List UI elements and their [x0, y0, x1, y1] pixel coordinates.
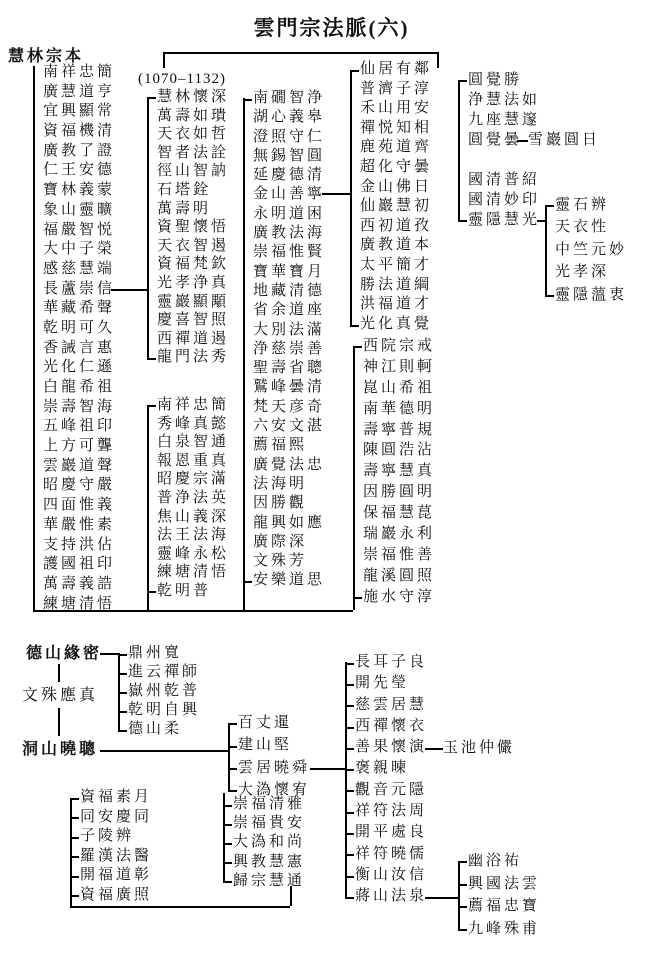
bracket-line	[33, 66, 35, 610]
lineage-node-label: 大別法滿	[253, 322, 325, 338]
lineage-node-label: 靈峰永松	[157, 546, 229, 562]
lineage-node: 觀音元隱	[345, 780, 427, 801]
lineage-node: 資福廣照	[70, 886, 152, 906]
lineage-node-label: 幽浴祐	[468, 853, 522, 869]
lineage-node: 崇壽智海	[33, 398, 115, 418]
lineage-node: 薦福熙	[243, 436, 325, 455]
stem-line-changlu	[111, 289, 147, 291]
lineage-node-label: 昭慶宗滿	[157, 471, 229, 487]
lineage-node-label: 慈雲居慧	[355, 697, 427, 713]
lineage-node-label: 永明道困	[253, 206, 325, 222]
lineage-node: 仙巖慧初	[350, 197, 432, 217]
bracket-line	[228, 723, 230, 790]
node-xueyan-yuanri: 雪巖圓日	[528, 130, 600, 150]
lineage-node: 智者法詮	[147, 144, 229, 163]
lineage-node: 西禪懷衣	[345, 716, 427, 737]
date-label: (1070–1132)	[138, 71, 226, 88]
bracket-line	[458, 80, 460, 220]
lineage-node-label: 萬壽義誥	[43, 576, 115, 592]
lineage-node: 昭慶守嚴	[33, 476, 115, 496]
lineage-node-label: 報恩重真	[157, 453, 229, 469]
lineage-node: 仙居有鄰	[350, 60, 432, 80]
lineage-node-label: 開福道彰	[80, 867, 152, 883]
lineage-node-label: 資福廣照	[80, 887, 152, 903]
lineage-node-label: 徑山智訥	[157, 163, 229, 179]
lineage-node: 龍溪圓照	[353, 566, 435, 587]
lineage-node-label: 長耳子良	[355, 654, 427, 670]
lineage-node: 光孝深	[545, 261, 627, 283]
lineage-node-label: 廣教了證	[43, 143, 115, 159]
lineage-node: 金山善寧	[243, 185, 325, 204]
lineage-node-label: 崇福惟賢	[253, 244, 325, 260]
lineage-node-label: 南祥忠簡	[43, 64, 115, 80]
lineage-node-label: 萬壽明	[157, 201, 211, 217]
lineage-node-label: 施水守淳	[363, 589, 435, 605]
lineage-node: 浄慈崇善	[243, 340, 325, 359]
lineage-chart-page: 雲門宗法脈(六) 慧林宗本 (1070–1132) 南祥忠簡廣慧道亨宜興顯常資福…	[0, 0, 663, 957]
lineage-node: 資福素月	[70, 788, 152, 808]
lineage-node: 永明道困	[243, 205, 325, 224]
lineage-node-label: 靈隱薀衷	[555, 287, 627, 303]
lineage-node-label: 建山堅	[238, 737, 292, 753]
group-huilin-disciples: 南祥忠簡廣慧道亨宜興顯常資福機清廣教了證仁王安德寶林義蒙象山靈曠福嚴智悦大中子榮…	[33, 63, 115, 614]
lineage-node-label: 國清普紹	[468, 172, 540, 188]
page-title: 雲門宗法脈(六)	[0, 12, 663, 42]
lineage-node: 洪福道才	[350, 295, 432, 315]
lineage-node-label: 香誡言惠	[43, 340, 115, 356]
lineage-node: 慈雲居慧	[345, 695, 427, 716]
lineage-node: 陳圓浩沾	[353, 440, 435, 461]
lineage-node: 護國祖印	[33, 555, 115, 575]
stem-line-jinshan	[322, 193, 350, 195]
lineage-node-label: 湖心義皋	[253, 109, 325, 125]
lineage-node-label: 大溈和尚	[233, 834, 305, 850]
lineage-node-label: 薦福熙	[253, 437, 307, 453]
lineage-node: 壽寧慧真	[353, 461, 435, 482]
lineage-node-label: 西院宗戒	[363, 338, 435, 354]
lineage-node-label: 昭慶守嚴	[43, 477, 115, 493]
lineage-node-label: 嶽州乾普	[128, 683, 200, 699]
lineage-node: 廣慧道亨	[33, 83, 115, 103]
lineage-node: 崇福清雅	[223, 795, 305, 814]
lineage-node: 五峰祖印	[33, 417, 115, 437]
lineage-node: 幽浴祐	[458, 850, 540, 873]
lineage-node-label: 西初道孜	[360, 218, 432, 234]
lineage-node: 金山佛日	[350, 178, 432, 198]
lineage-node: 施水守淳	[353, 587, 435, 608]
lineage-node-label: 支持洪佔	[43, 537, 115, 553]
bracket-line	[243, 98, 245, 610]
group-jiangshan-line: 幽浴祐興國法雲薦福忠寶九峰殊甫	[458, 850, 540, 940]
lineage-node-label: 保福慧菎	[363, 505, 435, 521]
lineage-node: 大中子榮	[33, 240, 115, 260]
lineage-node: 白龍希祖	[33, 378, 115, 398]
lineage-node: 保福慧菎	[353, 503, 435, 524]
lineage-node: 白泉智通	[147, 433, 229, 452]
lineage-node: 省余道座	[243, 301, 325, 320]
lineage-node-label: 興國法雲	[468, 876, 540, 892]
lineage-node-label: 壽寧慧真	[363, 463, 435, 479]
lineage-node: 寶林義蒙	[33, 181, 115, 201]
lineage-node: 鼎州寬	[118, 644, 200, 663]
lineage-node-label: 開先瑩	[355, 675, 409, 691]
node-wenshu-yingzhen: 文殊應真	[22, 686, 98, 706]
lineage-node-label: 寶華寶月	[253, 264, 325, 280]
lineage-node: 光化仁遜	[33, 358, 115, 378]
node-deshan-yuanmi: 德山緣密	[26, 644, 102, 664]
lineage-node: 南祥忠簡	[33, 63, 115, 83]
lineage-node: 法海明	[243, 475, 325, 494]
top-connector-line	[437, 52, 439, 68]
lineage-node-label: 雲巖道聲	[43, 458, 115, 474]
lineage-node: 長蘆崇信	[33, 280, 115, 300]
lineage-node: 天衣智遏	[147, 237, 229, 256]
lineage-node-label: 天衣智遏	[157, 238, 229, 254]
lineage-node-label: 無錫智圓	[253, 148, 325, 164]
lineage-node: 禪悦知相	[350, 119, 432, 139]
lineage-node: 興教慧憲	[223, 853, 305, 872]
lineage-node-label: 光孝深	[555, 264, 609, 280]
lineage-node: 大溈和尚	[223, 833, 305, 852]
lineage-node-label: 蔣山法泉	[355, 888, 427, 904]
lineage-node-label: 感慈慧端	[43, 261, 115, 277]
lineage-node-label: 龍門法秀	[157, 349, 229, 365]
sibling-link-line	[58, 664, 60, 682]
lineage-node-label: 練塘清悟	[157, 564, 229, 580]
lineage-node: 廣教道本	[350, 236, 432, 256]
lineage-node-label: 靈巖顯顒	[157, 294, 229, 310]
lineage-node-label: 法王法海	[157, 527, 229, 543]
group-col2-lower: 南祥忠簡秀峰真懿白泉智通報恩重真昭慶宗滿普浄法英焦山義深法王法海靈峰永松練塘清悟…	[147, 396, 229, 601]
lineage-node-label: 華藏希聲	[43, 300, 115, 316]
lineage-node-label: 同安慶同	[80, 809, 152, 825]
lineage-node: 西禪道遏	[147, 330, 229, 349]
lineage-node: 四面惟義	[33, 496, 115, 516]
bracket-line	[350, 70, 352, 325]
lineage-node: 靈石辨	[545, 194, 627, 216]
lineage-node-label: 中竺元妙	[555, 242, 627, 258]
lineage-node-label: 普浄法英	[157, 490, 229, 506]
lineage-node-label: 聖壽省聰	[253, 360, 325, 376]
group-puji-line: 圓覺勝浄慧法如九座慧邃圓覺曇 國清普紹國清妙印靈隱慧光	[458, 70, 540, 230]
lineage-node-label: 南華德明	[363, 401, 435, 417]
lineage-node: 開平處良	[345, 822, 427, 843]
lineage-node: 報恩重真	[147, 452, 229, 471]
group-changlu-line: 慧林懷深萬壽如璝天衣如哲智者法詮徑山智訥石塔銓萬壽明資聖懷悟天衣智遏資福梵欽光孝…	[147, 88, 229, 367]
lineage-node: 靈巖顯顒	[147, 293, 229, 312]
lineage-node: 慧林懷深	[147, 88, 229, 107]
lineage-node-label: 德山柔	[128, 721, 182, 737]
lineage-node-label: 乾明普	[157, 583, 211, 599]
bracket-line	[70, 798, 72, 906]
lineage-node: 鹿苑道齊	[350, 138, 432, 158]
lineage-node-label: 崇福惟善	[363, 547, 435, 563]
lineage-node-label: 鼎州寬	[128, 645, 182, 661]
lineage-node: 普浄法英	[147, 489, 229, 508]
lineage-node-label: 仁王安德	[43, 162, 115, 178]
lineage-node-label: 光化真覺	[360, 316, 432, 332]
lineage-node-label: 興教慧憲	[233, 854, 305, 870]
lineage-node: 廣教法海	[243, 224, 325, 243]
lineage-node: 廣教了證	[33, 142, 115, 162]
bracket-line	[458, 861, 460, 929]
lineage-node-label: 百丈暹	[238, 715, 292, 731]
lineage-node: 仁王安德	[33, 161, 115, 181]
group-deshan-line: 鼎州寬進云禪師嶽州乾普乾明自興德山柔	[118, 644, 200, 739]
lineage-node: 開先瑩	[345, 673, 427, 694]
lineage-node-label: 仙巖慧初	[360, 198, 432, 214]
lineage-node-label: 仙居有鄰	[360, 61, 432, 77]
lineage-node-label: 延慶德清	[253, 167, 325, 183]
lineage-node-label: 神江則軻	[363, 359, 435, 375]
bracket-line	[118, 653, 120, 730]
lineage-node-label: 智者法詮	[157, 145, 229, 161]
lineage-node-label: 金山佛日	[360, 179, 432, 195]
lineage-node: 福嚴智悦	[33, 221, 115, 241]
top-connector-line	[163, 52, 165, 68]
lineage-node-label: 華嚴惟素	[43, 517, 115, 533]
lineage-node-label: 陳圓浩沾	[363, 442, 435, 458]
lineage-node: 象山靈曠	[33, 201, 115, 221]
lineage-node: 乾明普	[147, 582, 229, 601]
lineage-node: 天衣性	[545, 216, 627, 238]
lineage-node-label: 禪悦知相	[360, 120, 432, 136]
lineage-node-label: 靈石辨	[555, 197, 609, 213]
lineage-node: 崑山希祖	[353, 378, 435, 399]
lineage-node-label: 光孝浄真	[157, 275, 229, 291]
bracket-line	[223, 793, 225, 882]
lineage-node-label: 四面惟義	[43, 497, 115, 513]
bracket-line	[147, 405, 149, 610]
bracket-line	[545, 205, 547, 295]
lineage-node-label: 太平簡才	[360, 257, 432, 273]
lineage-node: 圓覺勝	[458, 70, 540, 90]
spacer-row	[458, 150, 540, 170]
lineage-node-label: 金山善寧	[253, 186, 325, 202]
lineage-node: 慶喜智照	[147, 311, 229, 330]
guizong-drop-line	[290, 886, 292, 906]
lineage-node: 百丈暹	[228, 712, 310, 734]
lineage-node: 光化真覺	[350, 315, 432, 335]
lineage-node: 禾山用安	[350, 99, 432, 119]
lineage-node: 華嚴惟素	[33, 516, 115, 536]
stem-line-xueyan	[517, 140, 528, 142]
lineage-node: 廣覺法忠	[243, 456, 325, 475]
lineage-node: 薦福忠寶	[458, 895, 540, 918]
lineage-node-label: 慧林懷深	[157, 89, 229, 105]
lineage-node-label: 資福機清	[43, 123, 115, 139]
lineage-node: 萬壽明	[147, 200, 229, 219]
lineage-node-label: 祥符曉儒	[355, 846, 427, 862]
lineage-node-label: 白泉智通	[157, 434, 229, 450]
lineage-node-label: 褒親暕	[355, 760, 409, 776]
lineage-node-label: 西禪懷衣	[355, 718, 427, 734]
lineage-node: 徑山智訥	[147, 162, 229, 181]
lineage-node-label: 慶喜智照	[157, 312, 229, 328]
lineage-node: 普濟子淳	[350, 80, 432, 100]
lineage-node-label: 文殊芳	[253, 553, 307, 569]
lineage-node-label: 瑞巖永利	[363, 526, 435, 542]
lineage-node-label: 鷲峰曇清	[253, 379, 325, 395]
lineage-node-label: 白龍希祖	[43, 379, 115, 395]
lineage-node-label: 天衣如哲	[157, 126, 229, 142]
lineage-node-label: 寶林義蒙	[43, 182, 115, 198]
lineage-node: 文殊芳	[243, 552, 325, 571]
lineage-node: 地藏清德	[243, 282, 325, 301]
stem-line-yuchi	[425, 748, 443, 750]
lineage-node-label: 乾明可久	[43, 320, 115, 336]
lineage-node-label: 薦福忠寶	[468, 898, 540, 914]
lineage-node-label: 崑山希祖	[363, 380, 435, 396]
group-yunju-line: 長耳子良開先瑩慈雲居慧西禪懷衣善果懷演褒親暕觀音元隱祥符法周開平處良祥符曉儒衡山…	[345, 652, 427, 908]
lineage-node-label: 子陵辨	[80, 828, 134, 844]
lineage-node-label: 國清妙印	[468, 192, 540, 208]
lineage-node-label: 梵天彦奇	[253, 399, 325, 415]
group-lingyin-line: 靈石辨天衣性中竺元妙光孝深靈隱薀衷	[545, 194, 627, 306]
lineage-node-label: 西禪道遏	[157, 331, 229, 347]
lineage-node-label: 資聖懷悟	[157, 219, 229, 235]
lineage-node-label: 進云禪師	[128, 664, 200, 680]
lineage-node-label: 超化守曇	[360, 159, 432, 175]
lineage-node: 勝法道綱	[350, 276, 432, 296]
group-col3: 南礀智浄湖心義皋澄照守仁無錫智圓延慶德清金山善寧永明道困廣教法海崇福惟賢寶華寶月…	[243, 89, 325, 591]
lineage-node-label: 觀音元隱	[355, 782, 427, 798]
lineage-node: 因勝圓明	[353, 482, 435, 503]
lineage-node-label: 石塔銓	[157, 182, 211, 198]
lineage-node-label: 普濟子淳	[360, 81, 432, 97]
lineage-node: 石塔銓	[147, 181, 229, 200]
node-yuchi-zhongyan: 玉池仲儼	[443, 738, 515, 758]
lineage-node: 光孝浄真	[147, 274, 229, 293]
lineage-node: 國清妙印	[458, 190, 540, 210]
lineage-node-label: 宜興顯常	[43, 103, 115, 119]
lineage-node-label: 壽寧普規	[363, 422, 435, 438]
lineage-node: 延慶德清	[243, 166, 325, 185]
lineage-node: 昭慶宗滿	[147, 470, 229, 489]
bottom-rail-line	[70, 906, 290, 908]
lineage-node-label: 天衣性	[555, 219, 609, 235]
lineage-node-label: 法海明	[253, 476, 307, 492]
node-dongshan-xiaocong: 洞山曉聰	[22, 740, 98, 760]
lineage-node-label: 澄照守仁	[253, 129, 325, 145]
lineage-node: 南祥忠簡	[147, 396, 229, 415]
lineage-node-label: 廣教道本	[360, 237, 432, 253]
lineage-node: 長耳子良	[345, 652, 427, 673]
lineage-node: 神江則軻	[353, 357, 435, 378]
lineage-node: 資聖懷悟	[147, 218, 229, 237]
lineage-node-label: 六安文湛	[253, 418, 325, 434]
lineage-node: 雲巖道聲	[33, 457, 115, 477]
lineage-node: 建山堅	[228, 734, 310, 756]
lineage-node: 練塘清悟	[147, 563, 229, 582]
lineage-node: 寶華寶月	[243, 263, 325, 282]
lineage-node: 褒親暕	[345, 758, 427, 779]
lineage-node: 靈隱慧光	[458, 210, 540, 230]
lineage-node: 興國法雲	[458, 873, 540, 896]
lineage-node-label: 南祥忠簡	[157, 397, 229, 413]
lineage-node-label: 龍溪圓照	[363, 568, 435, 584]
lineage-node: 祥符曉儒	[345, 844, 427, 865]
lineage-node-label: 長蘆崇信	[43, 281, 115, 297]
lineage-node: 衡山汝信	[345, 865, 427, 886]
lineage-node-label: 廣慧道亨	[43, 84, 115, 100]
lineage-node: 德山柔	[118, 720, 200, 739]
lineage-node-label: 廣際深	[253, 534, 307, 550]
lineage-node: 聖壽省聰	[243, 359, 325, 378]
lineage-node-label: 護國祖印	[43, 556, 115, 572]
lineage-node: 法王法海	[147, 526, 229, 545]
lineage-node: 九峰殊甫	[458, 918, 540, 941]
stem-line-dongshan	[100, 750, 228, 752]
lineage-node: 安樂道思	[243, 571, 325, 590]
lineage-node-label: 禾山用安	[360, 100, 432, 116]
lineage-node: 超化守曇	[350, 158, 432, 178]
lineage-node: 因勝觀	[243, 494, 325, 513]
lineage-node-label: 圓覺勝	[468, 72, 522, 88]
sibling-link-line	[58, 708, 60, 736]
lineage-node: 華藏希聲	[33, 299, 115, 319]
lineage-node: 無錫智圓	[243, 147, 325, 166]
lineage-node-label: 萬壽如璝	[157, 108, 229, 124]
lineage-node-label: 焦山義深	[157, 509, 229, 525]
lineage-node-label: 因勝圓明	[363, 484, 435, 500]
lineage-node: 中竺元妙	[545, 239, 627, 261]
lineage-node-label: 資福素月	[80, 789, 152, 805]
lineage-node-label: 浄慧法如	[468, 92, 540, 108]
lineage-node: 廣際深	[243, 533, 325, 552]
top-connector-line	[163, 52, 437, 54]
stem-line-jiangshan	[425, 897, 458, 899]
lineage-node: 浄慧法如	[458, 90, 540, 110]
bracket-line	[147, 97, 149, 358]
lineage-node-label: 龍興如應	[253, 515, 325, 531]
lineage-node: 大別法滿	[243, 321, 325, 340]
lineage-node-label: 上方可聾	[43, 438, 115, 454]
lineage-node: 湖心義皋	[243, 108, 325, 127]
lineage-node: 天衣如哲	[147, 125, 229, 144]
lineage-node-label: 崇福清雅	[233, 796, 305, 812]
lineage-node: 羅漢法醫	[70, 847, 152, 867]
lineage-node: 進云禪師	[118, 663, 200, 682]
lineage-node: 萬壽如璝	[147, 107, 229, 126]
lineage-node: 萬壽義誥	[33, 575, 115, 595]
lineage-node-label: 歸宗慧通	[233, 873, 305, 889]
lineage-node-label: 勝法道綱	[360, 277, 432, 293]
lineage-node: 雲居曉舜	[228, 757, 310, 779]
lineage-node-label: 大中子榮	[43, 241, 115, 257]
lineage-node: 國清普紹	[458, 170, 540, 190]
lineage-node-label: 開平處良	[355, 824, 427, 840]
lineage-node: 嶽州乾普	[118, 682, 200, 701]
lineage-node-label: 鹿苑道齊	[360, 139, 432, 155]
lineage-node-label: 圓覺曇	[468, 132, 522, 148]
lineage-node-label: 光化仁遜	[43, 359, 115, 375]
lineage-node: 瑞巖永利	[353, 524, 435, 545]
lineage-node-label: 九座慧邃	[468, 112, 540, 128]
lineage-node: 同安慶同	[70, 808, 152, 828]
lineage-node-label: 九峰殊甫	[468, 921, 540, 937]
lineage-node-label: 雲居曉舜	[238, 760, 310, 776]
bracket-line	[345, 662, 347, 897]
lineage-node-label: 衡山汝信	[355, 867, 427, 883]
group-dongshan-line: 百丈暹建山堅雲居曉舜大溈懷宥	[228, 712, 310, 802]
lineage-node: 資福梵欽	[147, 255, 229, 274]
lineage-node-label: 崇福貴安	[233, 815, 305, 831]
lineage-node: 太平簡才	[350, 256, 432, 276]
group-jinshan-line: 仙居有鄰普濟子淳禾山用安禪悦知相鹿苑道齊超化守曇金山佛日仙巖慧初西初道孜廣教道本…	[350, 60, 432, 334]
lineage-node-label: 地藏清德	[253, 283, 325, 299]
lineage-node-label: 浄慈崇善	[253, 341, 325, 357]
